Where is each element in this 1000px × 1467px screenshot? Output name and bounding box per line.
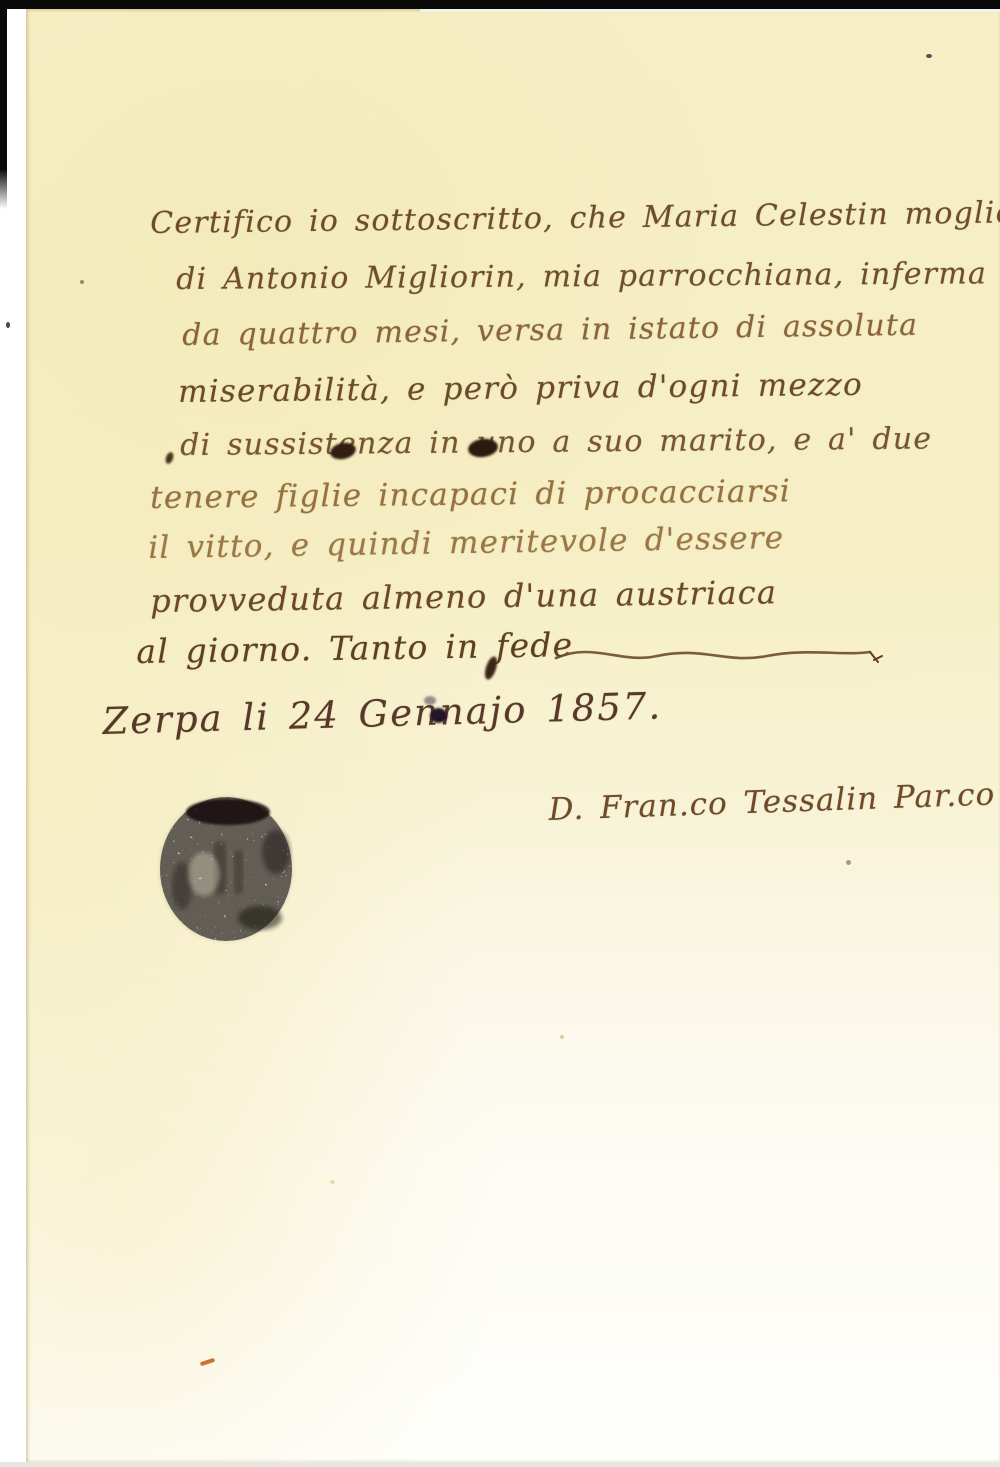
paper-speck [560, 1035, 564, 1039]
manuscript-line: tenere figlie incapaci di procacciarsi [150, 473, 791, 516]
paper-speck [846, 860, 851, 865]
scanner-edge-top [0, 0, 1000, 9]
scanner-edge-left [0, 9, 7, 209]
ink-stamp [152, 790, 304, 948]
manuscript-line: al giorno. Tanto in fede [136, 625, 574, 671]
scanner-edge-highlight [420, 9, 1000, 12]
ink-blot [424, 696, 436, 705]
paper-speck [330, 1180, 335, 1184]
pen-flourish [552, 630, 892, 680]
scanned-document: Certifico io sottoscritto, che Maria Cel… [0, 0, 1000, 1467]
paper-speck [6, 322, 10, 328]
manuscript-line: di sussistenza in uno a suo marito, e a'… [180, 421, 932, 463]
manuscript-line: miserabilità, e però priva d'ogni mezzo [178, 367, 863, 410]
scanner-edge-bottom [0, 1462, 1000, 1467]
paper-speck [80, 280, 84, 284]
paper-speck [926, 54, 932, 58]
ink-blot [430, 708, 447, 723]
manuscript-line: di Antonio Migliorin, mia parrocchiana, … [176, 256, 987, 297]
